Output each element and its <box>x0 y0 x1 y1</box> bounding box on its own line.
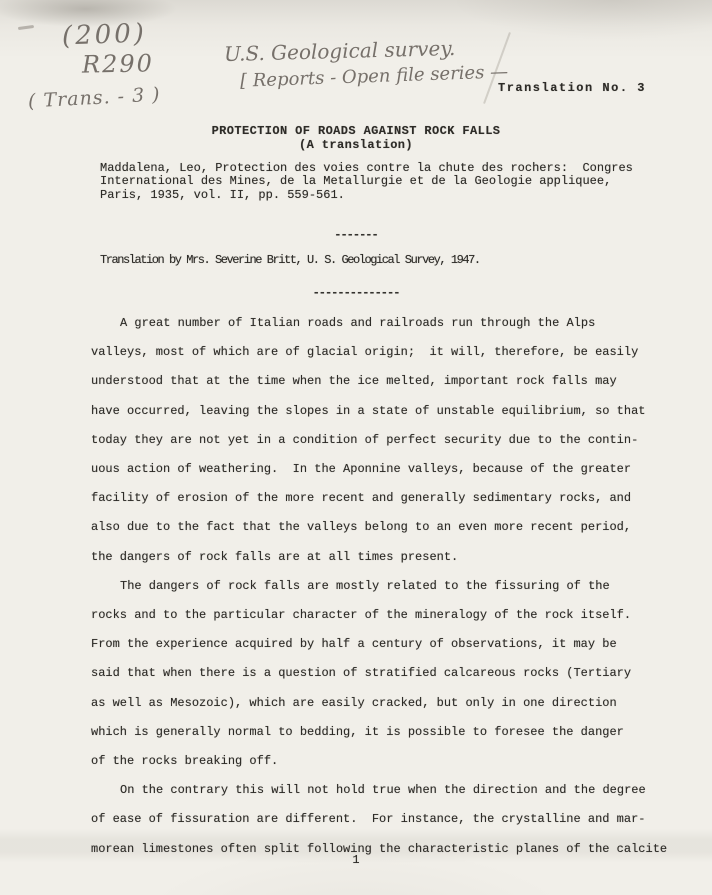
body-line: uous action of weathering. In the Aponni… <box>91 455 681 484</box>
body-line: The dangers of rock falls are mostly rel… <box>91 572 681 601</box>
handwritten-catalog-number-3: ( Trans. - 3 ) <box>28 84 162 113</box>
body-line: On the contrary this will not hold true … <box>91 776 681 805</box>
body-line: which is generally normal to bedding, it… <box>91 718 681 747</box>
body-line: valleys, most of which are of glacial or… <box>91 338 681 367</box>
body-line: said that when there is a question of st… <box>91 659 681 688</box>
body-line: understood that at the time when the ice… <box>91 367 681 396</box>
document-title: PROTECTION OF ROADS AGAINST ROCK FALLS (… <box>0 124 712 152</box>
body-line: rocks and to the particular character of… <box>91 601 681 630</box>
handwritten-agency-note: U.S. Geological survey. <box>224 36 456 66</box>
body-line: the dangers of rock falls are at all tim… <box>91 543 681 572</box>
source-citation: Maddalena, Leo, Protection des voies con… <box>100 162 633 202</box>
scan-smudge-mark <box>18 25 34 30</box>
body-line: have occurred, leaving the slopes in a s… <box>91 397 681 426</box>
separator-long: -------------- <box>0 286 712 300</box>
body-line: of the rocks breaking off. <box>91 747 681 776</box>
title-line-2: (A translation) <box>0 138 712 152</box>
body-line: From the experience acquired by half a c… <box>91 630 681 659</box>
body-line: of ease of fissuration are different. Fo… <box>91 805 681 834</box>
body-line: A great number of Italian roads and rail… <box>91 309 681 338</box>
handwritten-series-note: [ Reports - Open file series — <box>240 61 509 91</box>
separator-short: ------- <box>0 228 712 242</box>
handwritten-catalog-number-1: (200) <box>62 19 148 52</box>
title-line-1: PROTECTION OF ROADS AGAINST ROCK FALLS <box>0 124 712 138</box>
citation-line: Paris, 1935, vol. II, pp. 559-561. <box>100 189 633 202</box>
handwritten-catalog-number-2: R290 <box>82 49 154 78</box>
citation-line: Maddalena, Leo, Protection des voies con… <box>100 162 633 175</box>
document-body: A great number of Italian roads and rail… <box>91 309 681 864</box>
body-line: facility of erosion of the more recent a… <box>91 484 681 513</box>
translator-credit: Translation by Mrs. Severine Britt, U. S… <box>100 253 480 267</box>
body-line: as well as Mesozoic), which are easily c… <box>91 689 681 718</box>
body-line: also due to the fact that the valleys be… <box>91 513 681 542</box>
page-number: 1 <box>0 853 712 867</box>
translation-number: Translation No. 3 <box>498 81 646 95</box>
body-line: today they are not yet in a condition of… <box>91 426 681 455</box>
citation-line: International des Mines, de la Metallurg… <box>100 175 633 188</box>
scanned-document-page: (200) R290 ( Trans. - 3 ) U.S. Geologica… <box>0 0 712 895</box>
